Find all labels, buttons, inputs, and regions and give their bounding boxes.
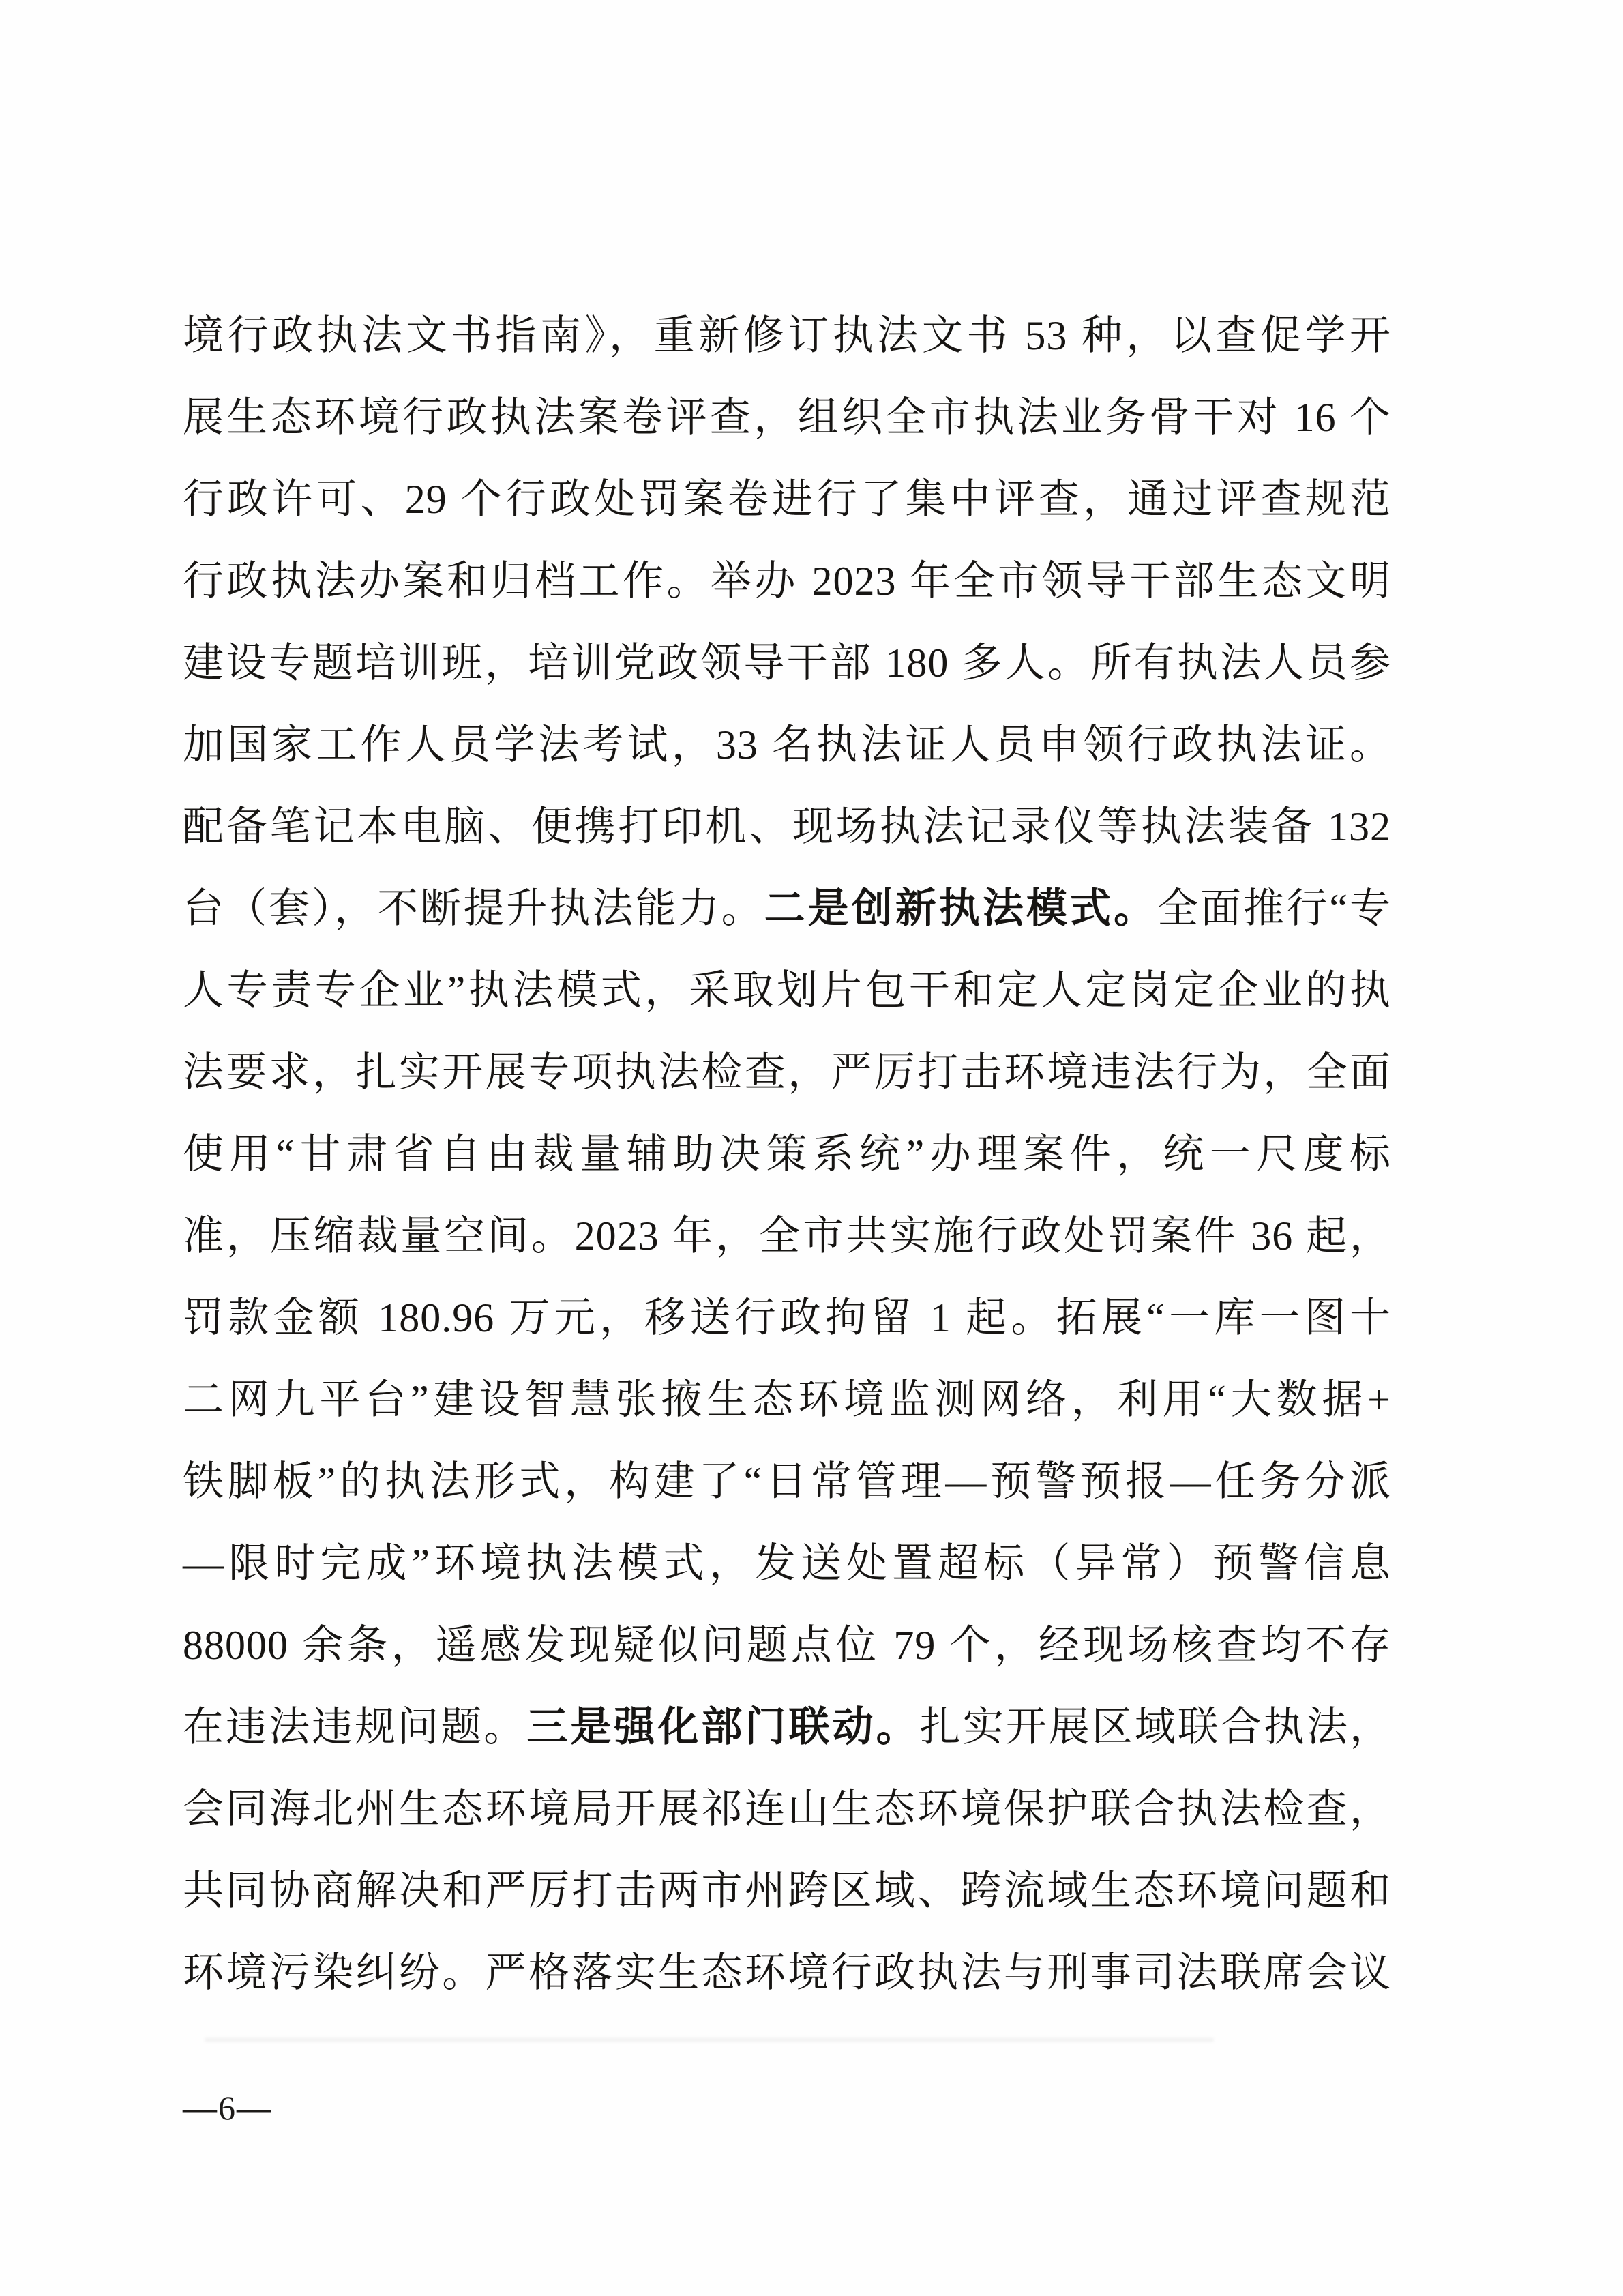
text-line: 88000 余条，遥感发现疑似问题点位 79 个，经现场核查均不存 xyxy=(183,1604,1391,1686)
text-segment: 人专责专企业”执法模式，采取划片包干和定人定岗定企业的执 xyxy=(183,968,1391,1013)
text-line: 人专责专企业”执法模式，采取划片包干和定人定岗定企业的执 xyxy=(183,950,1391,1031)
text-segment: 会同海北州生态环境局开展祁连山生态环境保护联合执法检查， xyxy=(183,1786,1391,1831)
text-segment: 台（套），不断提升执法能力。 xyxy=(183,886,764,931)
text-line: 会同海北州生态环境局开展祁连山生态环境保护联合执法检查， xyxy=(183,1768,1391,1850)
text-segment: —限时完成”环境执法模式，发送处置超标（异常）预警信息 xyxy=(183,1541,1391,1586)
text-segment: 加国家工作人员学法考试，33 名执法证人员申领行政执法证。 xyxy=(183,722,1391,767)
text-segment: 准，压缩裁量空间。2023 年，全市共实施行政处罚案件 36 起， xyxy=(183,1213,1391,1259)
text-segment: 扎实开展区域联合执法， xyxy=(920,1705,1391,1750)
text-segment: 二网九平台”建设智慧张掖生态环境监测网络，利用“大数据+ xyxy=(183,1377,1391,1422)
text-segment: 88000 余条，遥感发现疑似问题点位 79 个，经现场核查均不存 xyxy=(183,1623,1391,1668)
text-segment: 全面推行“专 xyxy=(1157,886,1391,931)
text-line: 配备笔记本电脑、便携打印机、现场执法记录仪等执法装备 132 xyxy=(183,786,1391,868)
document-page: 境行政执法文书指南》，重新修订执法文书 53 种，以查促学开展生态环境行政执法案… xyxy=(0,0,1623,2296)
text-line: —限时完成”环境执法模式，发送处置超标（异常）预警信息 xyxy=(183,1522,1391,1604)
text-segment: 罚款金额 180.96 万元，移送行政拘留 1 起。拓展“一库一图十 xyxy=(183,1295,1391,1340)
page-number: —6— xyxy=(183,2087,272,2128)
text-line: 行政执法办案和归档工作。举办 2023 年全市领导干部生态文明 xyxy=(183,540,1391,622)
text-segment: 行政执法办案和归档工作。举办 2023 年全市领导干部生态文明 xyxy=(183,559,1391,604)
text-segment: 使用“甘肃省自由裁量辅助决策系统”办理案件，统一尺度标 xyxy=(183,1132,1391,1177)
text-line: 行政许可、29 个行政处罚案卷进行了集中评查，通过评查规范 xyxy=(183,458,1391,540)
body-text: 境行政执法文书指南》，重新修订执法文书 53 种，以查促学开展生态环境行政执法案… xyxy=(183,295,1391,2014)
text-line: 境行政执法文书指南》，重新修订执法文书 53 种，以查促学开 xyxy=(183,295,1391,377)
text-segment: 行政许可、29 个行政处罚案卷进行了集中评查，通过评查规范 xyxy=(183,477,1391,522)
text-line: 环境污染纠纷。严格落实生态环境行政执法与刑事司法联席会议 xyxy=(183,1932,1391,2014)
text-line: 在违法违规问题。三是强化部门联动。扎实开展区域联合执法， xyxy=(183,1686,1391,1768)
text-line: 法要求，扎实开展专项执法检查，严厉打击环境违法行为，全面 xyxy=(183,1031,1391,1113)
text-segment: 展生态环境行政执法案卷评查，组织全市执法业务骨干对 16 个 xyxy=(183,395,1391,440)
text-line: 铁脚板”的执法形式，构建了“日常管理—预警预报—任务分派 xyxy=(183,1441,1391,1522)
text-line: 罚款金额 180.96 万元，移送行政拘留 1 起。拓展“一库一图十 xyxy=(183,1277,1391,1359)
text-line: 使用“甘肃省自由裁量辅助决策系统”办理案件，统一尺度标 xyxy=(183,1113,1391,1195)
text-line: 二网九平台”建设智慧张掖生态环境监测网络，利用“大数据+ xyxy=(183,1359,1391,1441)
text-segment: 在违法违规问题。 xyxy=(183,1705,526,1750)
text-line: 建设专题培训班，培训党政领导干部 180 多人。所有执法人员参 xyxy=(183,622,1391,704)
text-segment: 共同协商解决和严厉打击两市州跨区域、跨流域生态环境问题和 xyxy=(183,1868,1391,1913)
text-segment: 铁脚板”的执法形式，构建了“日常管理—预警预报—任务分派 xyxy=(183,1459,1391,1504)
text-line: 展生态环境行政执法案卷评查，组织全市执法业务骨干对 16 个 xyxy=(183,377,1391,458)
text-segment: 法要求，扎实开展专项执法检查，严厉打击环境违法行为，全面 xyxy=(183,1050,1391,1095)
bold-heading-segment: 三是强化部门联动。 xyxy=(526,1704,919,1750)
text-line: 加国家工作人员学法考试，33 名执法证人员申领行政执法证。 xyxy=(183,704,1391,786)
text-line: 台（套），不断提升执法能力。二是创新执法模式。全面推行“专 xyxy=(183,868,1391,950)
text-line: 共同协商解决和严厉打击两市州跨区域、跨流域生态环境问题和 xyxy=(183,1850,1391,1932)
text-line: 准，压缩裁量空间。2023 年，全市共实施行政处罚案件 36 起， xyxy=(183,1195,1391,1277)
text-segment: 配备笔记本电脑、便携打印机、现场执法记录仪等执法装备 132 xyxy=(183,804,1391,849)
text-segment: 建设专题培训班，培训党政领导干部 180 多人。所有执法人员参 xyxy=(183,641,1391,686)
text-segment: 境行政执法文书指南》，重新修订执法文书 53 种，以查促学开 xyxy=(183,313,1391,358)
bold-heading-segment: 二是创新执法模式。 xyxy=(764,885,1157,931)
text-segment: 环境污染纠纷。严格落实生态环境行政执法与刑事司法联席会议 xyxy=(183,1950,1391,1995)
scan-artifact xyxy=(205,2038,1214,2042)
